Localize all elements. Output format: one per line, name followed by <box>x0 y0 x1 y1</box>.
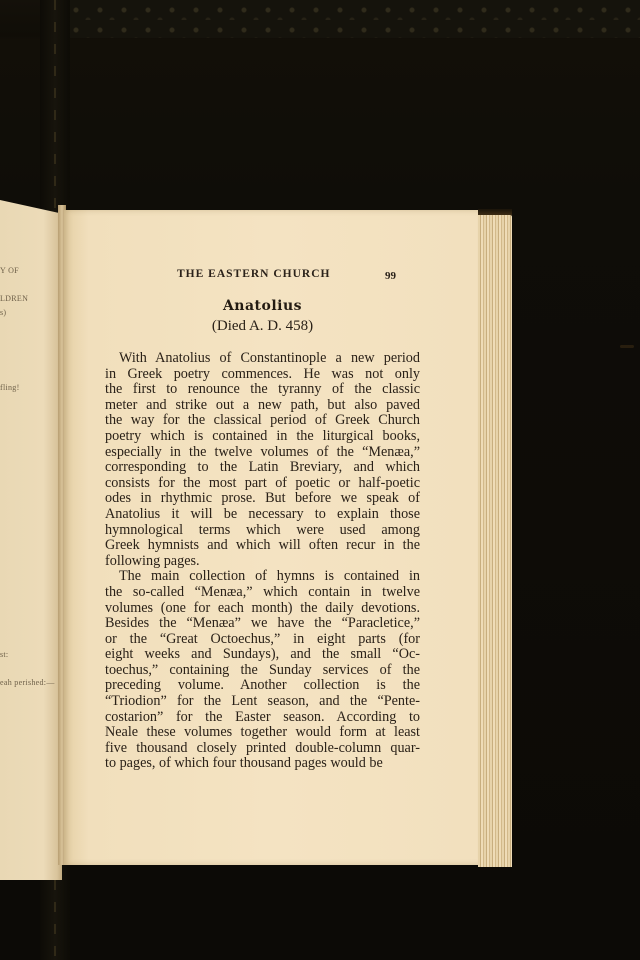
text-line: The main collection of hymns is containe… <box>105 569 420 585</box>
running-title: THE EASTERN CHURCH <box>177 268 330 280</box>
body-paragraph-2: The main collection of hymns is containe… <box>105 569 420 772</box>
left-page-fragment: fling! <box>0 383 20 392</box>
text-line: With Anatolius of Constantinople a new p… <box>105 351 420 367</box>
text-line: to pages, of which four thousand pages w… <box>105 756 420 772</box>
text-line: especially in the twelve volumes of the … <box>105 445 420 461</box>
left-page: Y OFLDRENs)fling!st:eah perished:— <box>0 200 62 880</box>
text-line: poetry which is contained in the liturgi… <box>105 429 420 445</box>
text-line: toechus,” containing the Sunday services… <box>105 663 420 679</box>
page-content: THE EASTERN CHURCH 99 Anatolius (Died A.… <box>105 268 420 772</box>
text-line: Greek hymnists and which will often recu… <box>105 538 420 554</box>
text-line: the way for the classical period of Gree… <box>105 413 420 429</box>
text-line: the first to renounce the tyranny of the… <box>105 382 420 398</box>
text-line: five thousand closely printed double-col… <box>105 741 420 757</box>
left-page-fragment: s) <box>0 308 6 317</box>
text-line: consists for the most part of poetic or … <box>105 476 420 492</box>
cloth-background-strip <box>70 0 640 38</box>
text-line: meter and strike out a new path, but als… <box>105 398 420 414</box>
text-line: corresponding to the Latin Breviary, and… <box>105 460 420 476</box>
text-line: the so-called “Menæa,” which contain in … <box>105 585 420 601</box>
text-line: Anatolius it will be necessary to explai… <box>105 507 420 523</box>
text-line: eight weeks and Sundays), and the small … <box>105 647 420 663</box>
page-number: 99 <box>385 270 396 282</box>
body-paragraph-1: With Anatolius of Constantinople a new p… <box>105 351 420 569</box>
text-line: preceding volume. Another collection is … <box>105 678 420 694</box>
text-line: Neale these volumes together would form … <box>105 725 420 741</box>
text-line: in Greek poetry commences. He was not on… <box>105 367 420 383</box>
text-line: Besides the “Menæa” we have the “Paracle… <box>105 616 420 632</box>
chapter-title: Anatolius <box>105 298 420 314</box>
text-line: costarion” for the Easter season. Accord… <box>105 710 420 726</box>
left-page-fragment: Y OF <box>0 266 19 275</box>
photo-scene: Y OFLDRENs)fling!st:eah perished:— THE E… <box>0 0 640 960</box>
left-page-fragment: st: <box>0 650 8 659</box>
left-page-fragment: LDREN <box>0 294 28 303</box>
left-page-fragment: eah perished:— <box>0 678 55 687</box>
chapter-subtitle: (Died A. D. 458) <box>105 318 420 335</box>
running-head: THE EASTERN CHURCH 99 <box>105 268 420 288</box>
text-line: hymnological terms which were used among <box>105 523 420 539</box>
text-line: odes in rhythmic prose. But before we sp… <box>105 491 420 507</box>
background-speck <box>620 345 634 348</box>
text-line: following pages. <box>105 554 420 570</box>
text-line: “Triodion” for the Lent season, and the … <box>105 694 420 710</box>
page-edges <box>478 215 512 867</box>
text-line: volumes (one for each month) the daily d… <box>105 601 420 617</box>
text-line: or the “Great Octoechus,” in eight parts… <box>105 632 420 648</box>
